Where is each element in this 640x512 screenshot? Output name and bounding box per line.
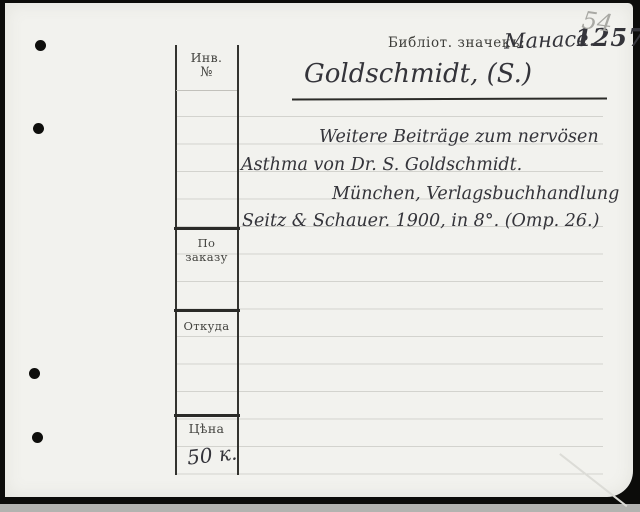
catalog-card-scan: Инв. № По заказу Откуда Цѣна 50 к. Библі… xyxy=(0,0,640,512)
ledger-section-divider xyxy=(174,414,240,417)
scanner-background-strip xyxy=(0,504,640,512)
body-line-4: Seitz & Schauer. 1900, in 8°. (Omp. 26.) xyxy=(242,211,599,231)
punch-hole xyxy=(29,368,40,379)
punch-hole xyxy=(32,432,43,443)
body-line-1: Weitere Beiträge zum nervösen xyxy=(319,127,599,147)
body-line-2: Asthma von Dr. S. Goldschmidt. xyxy=(241,155,522,175)
by-order-label: По заказу xyxy=(175,236,238,264)
pencil-note: 54 xyxy=(580,6,614,38)
price-label: Цѣна xyxy=(175,421,238,436)
body-line-3: München, Verlagsbuchhandlung xyxy=(332,184,619,204)
ledger-section-divider xyxy=(174,227,240,230)
library-catalog-card: Инв. № По заказу Откуда Цѣна 50 к. Библі… xyxy=(5,3,633,497)
author-title: Goldschmidt, (S.) xyxy=(304,59,532,89)
inventory-number-label-line1: Инв. xyxy=(175,50,238,65)
punch-hole xyxy=(35,40,46,51)
punch-hole xyxy=(33,123,44,134)
inventory-number-label-line2: № xyxy=(175,65,238,80)
ledger-section-divider xyxy=(174,309,240,312)
origin-label: Откуда xyxy=(175,319,238,333)
ledger-row-divider xyxy=(176,90,237,91)
title-underline xyxy=(292,97,607,100)
